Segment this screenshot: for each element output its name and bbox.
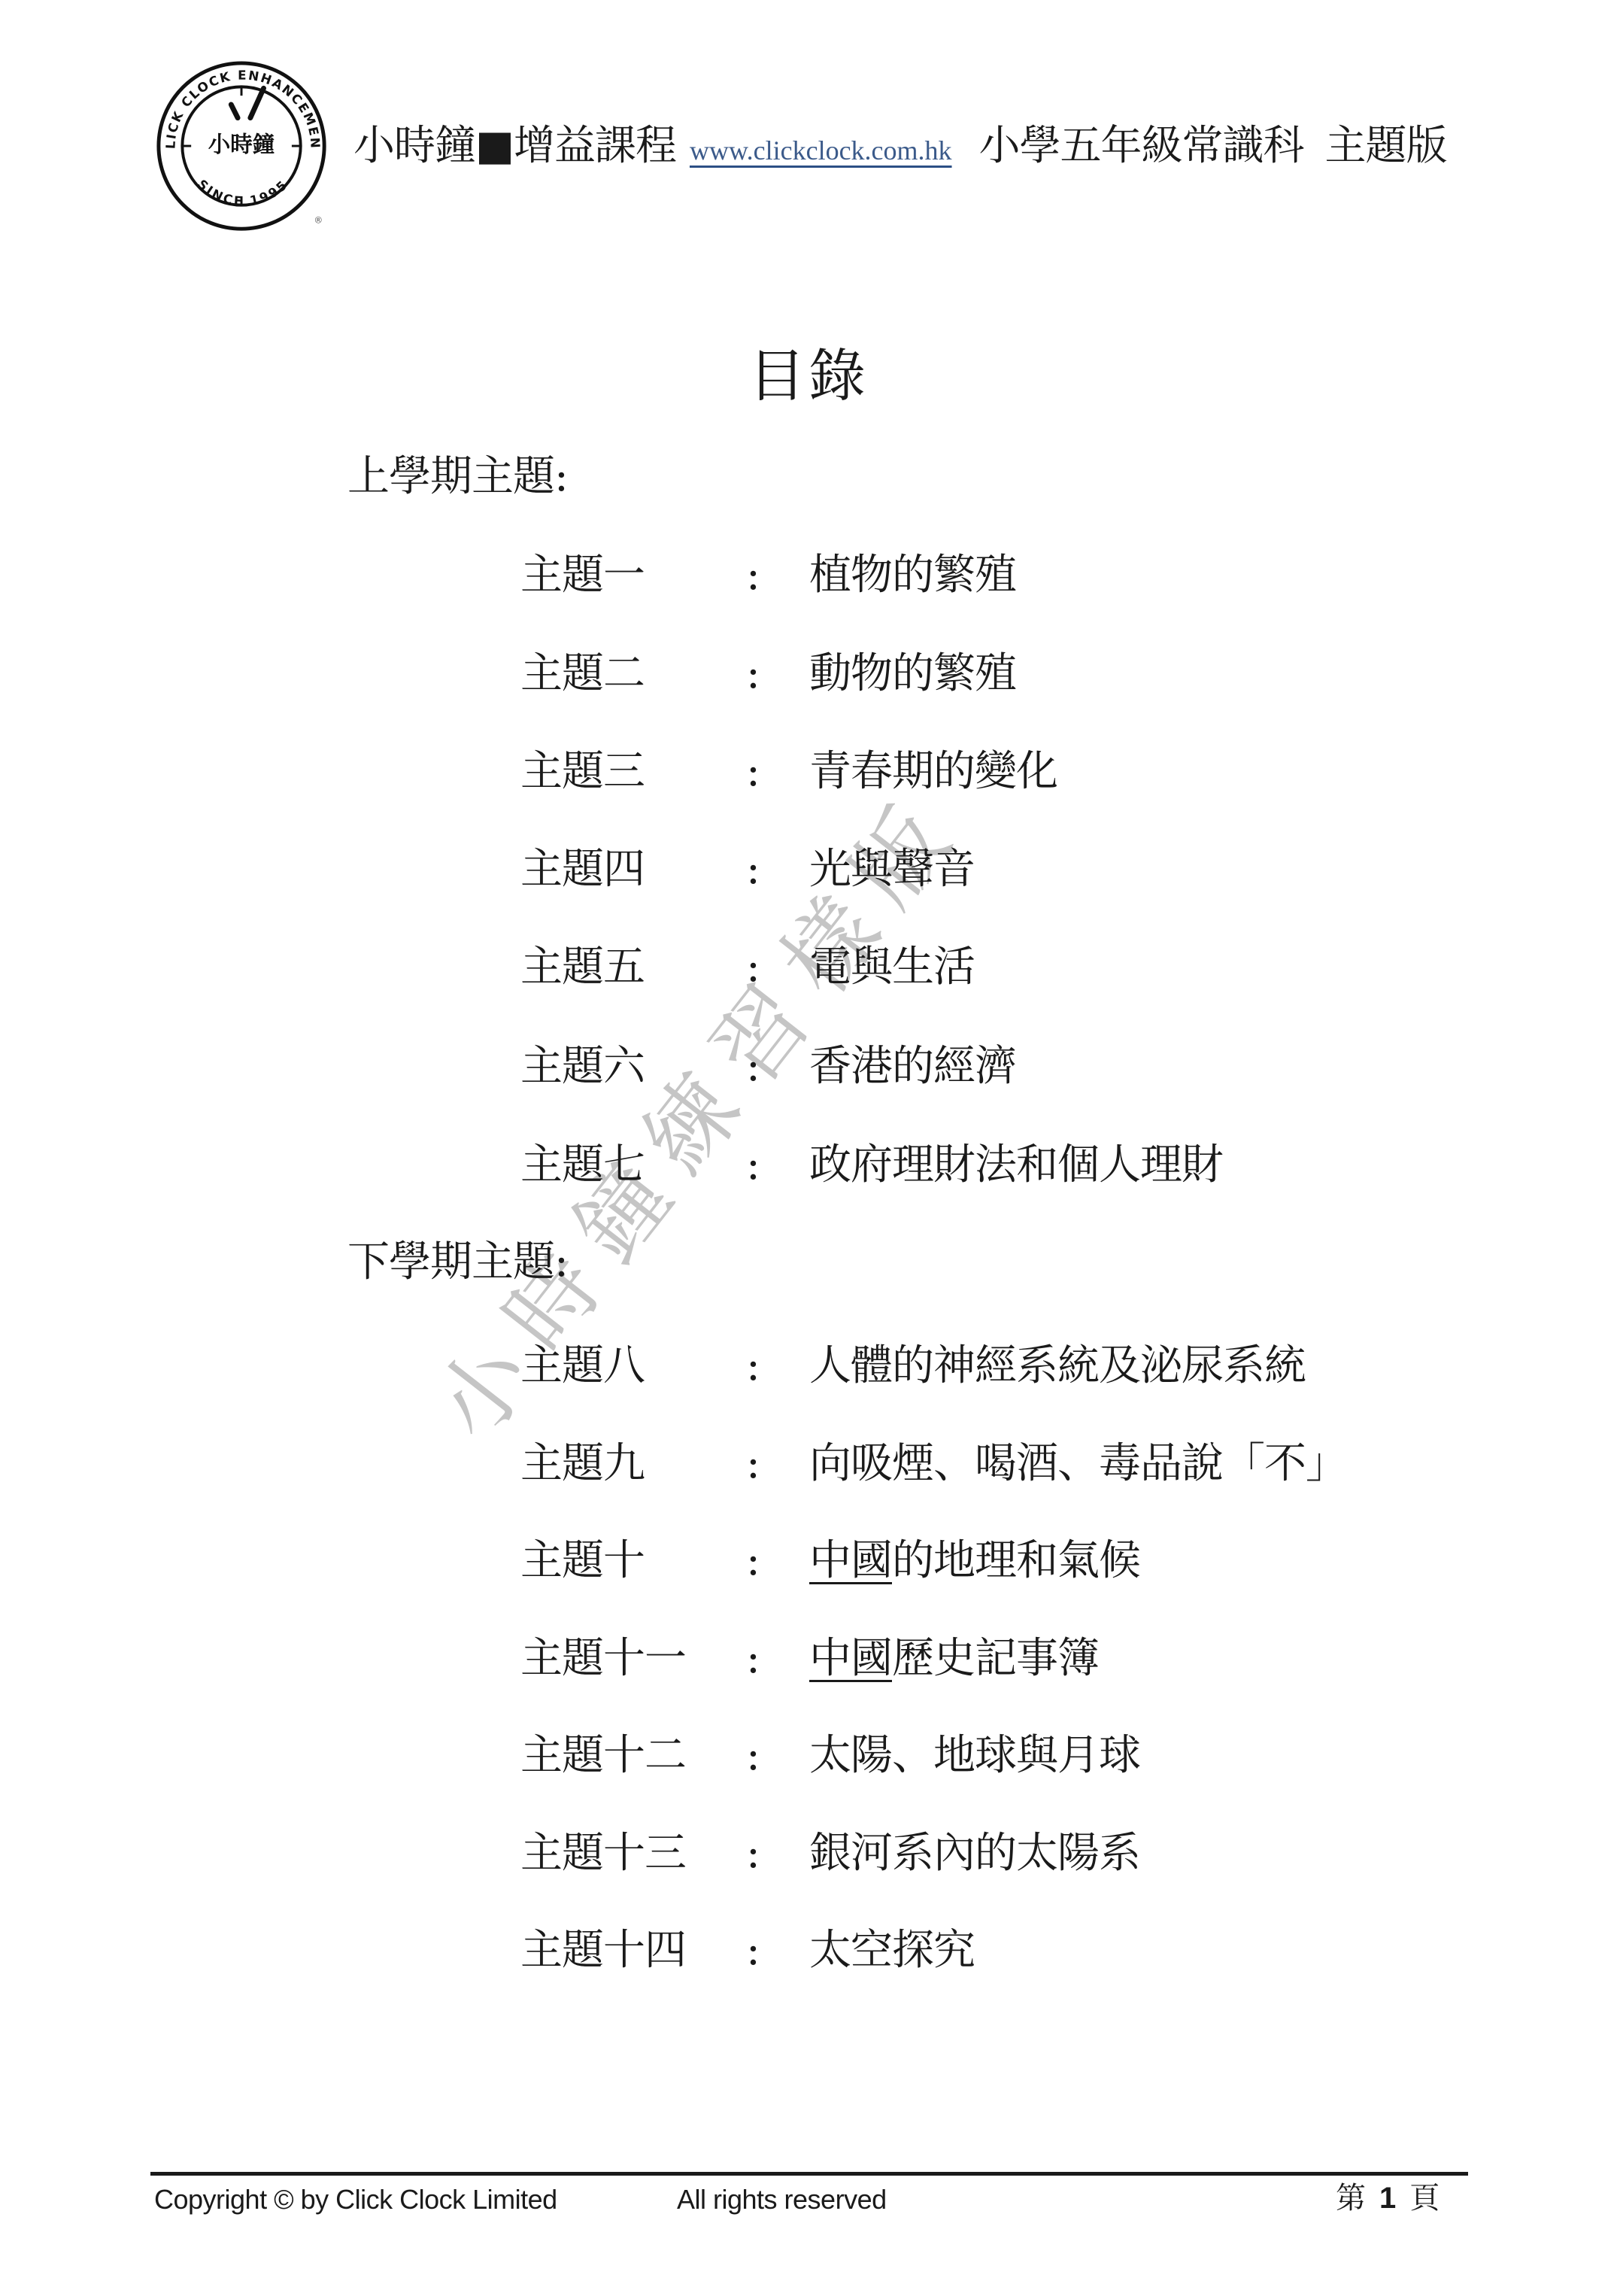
topic-title: 中國的地理和氣候 (809, 1537, 1140, 1585)
separator: : (746, 1927, 760, 1975)
separator: : (746, 1830, 760, 1878)
topic-number: 主題三 (520, 748, 645, 796)
topic-title: 動物的繁殖 (809, 650, 1016, 698)
topic-title: 向吸煙、喝酒、毒品說「不」 (809, 1440, 1347, 1488)
section-heading-second-term: 下學期主題: (347, 1238, 568, 1286)
separator: : (746, 1043, 760, 1091)
separator: : (746, 846, 760, 894)
topic-number: 主題十四 (520, 1927, 686, 1975)
topic-number: 主題十二 (520, 1732, 686, 1780)
topic-number: 主題十 (520, 1537, 645, 1585)
topic-number: 主題四 (520, 846, 645, 894)
topic-number: 主題九 (520, 1440, 645, 1488)
copyright-notice: Copyright © by Click Clock Limited (154, 2182, 557, 2218)
topic-number: 主題七 (520, 1141, 645, 1189)
topic-title: 中國歷史記事簿 (809, 1635, 1099, 1683)
topic-number: 主題十一 (520, 1635, 686, 1683)
svg-text:小時鐘: 小時鐘 (208, 132, 275, 157)
topic-title: 青春期的變化 (809, 748, 1057, 796)
page-title: 目錄 (0, 339, 1617, 414)
click-clock-logo: CLICK CLOCK ENHANCEMENT SINCE 1995 小時鐘 ® (154, 59, 332, 236)
separator: : (746, 1440, 760, 1488)
footer-divider (150, 2172, 1468, 2176)
section-heading-first-term: 上學期主題: (347, 453, 568, 501)
topic-number: 主題五 (520, 943, 645, 992)
topic-title: 香港的經濟 (809, 1043, 1016, 1091)
separator: : (746, 748, 760, 796)
proper-noun-underline: 中國 (809, 1536, 892, 1585)
separator: : (746, 1732, 760, 1780)
topic-number: 主題八 (520, 1342, 645, 1390)
separator: : (746, 943, 760, 992)
proper-noun-underline: 中國 (809, 1634, 892, 1683)
clock-logo-icon: CLICK CLOCK ENHANCEMENT SINCE 1995 小時鐘 ® (154, 59, 332, 236)
brand-name: 小時鐘■增益課程 (353, 119, 676, 172)
topic-number: 主題二 (520, 650, 645, 698)
separator: : (746, 551, 760, 600)
topic-title: 光與聲音 (809, 846, 975, 894)
topic-title: 太空探究 (809, 1927, 975, 1975)
separator: : (746, 650, 760, 698)
subject-label: 小學五年級常識科 (979, 119, 1304, 172)
website-link[interactable]: www.clickclock.com.hk (690, 124, 952, 177)
separator: : (746, 1635, 760, 1683)
separator: : (746, 1141, 760, 1189)
rights-notice: All rights reserved (677, 2182, 887, 2218)
separator: : (746, 1342, 760, 1390)
topic-title: 植物的繁殖 (809, 551, 1016, 600)
topic-title: 政府理財法和個人理財 (809, 1141, 1223, 1189)
edition-label: 主題版 (1325, 119, 1447, 172)
topic-title: 電與生活 (809, 943, 975, 992)
page-number: 第1頁 (1336, 2180, 1440, 2216)
topic-title: 太陽、地球與月球 (809, 1732, 1140, 1780)
topic-number: 主題一 (520, 551, 645, 600)
header-bar: 小時鐘■增益課程 www.clickclock.com.hk 小學五年級常識科 … (353, 119, 1447, 172)
topic-number: 主題十三 (520, 1830, 686, 1878)
topic-title: 銀河系內的太陽系 (809, 1830, 1140, 1878)
topic-number: 主題六 (520, 1043, 645, 1091)
svg-text:®: ® (314, 214, 323, 225)
topic-title: 人體的神經系統及泌尿系統 (809, 1342, 1306, 1390)
separator: : (746, 1537, 760, 1585)
page-number-value: 1 (1379, 2182, 1396, 2215)
